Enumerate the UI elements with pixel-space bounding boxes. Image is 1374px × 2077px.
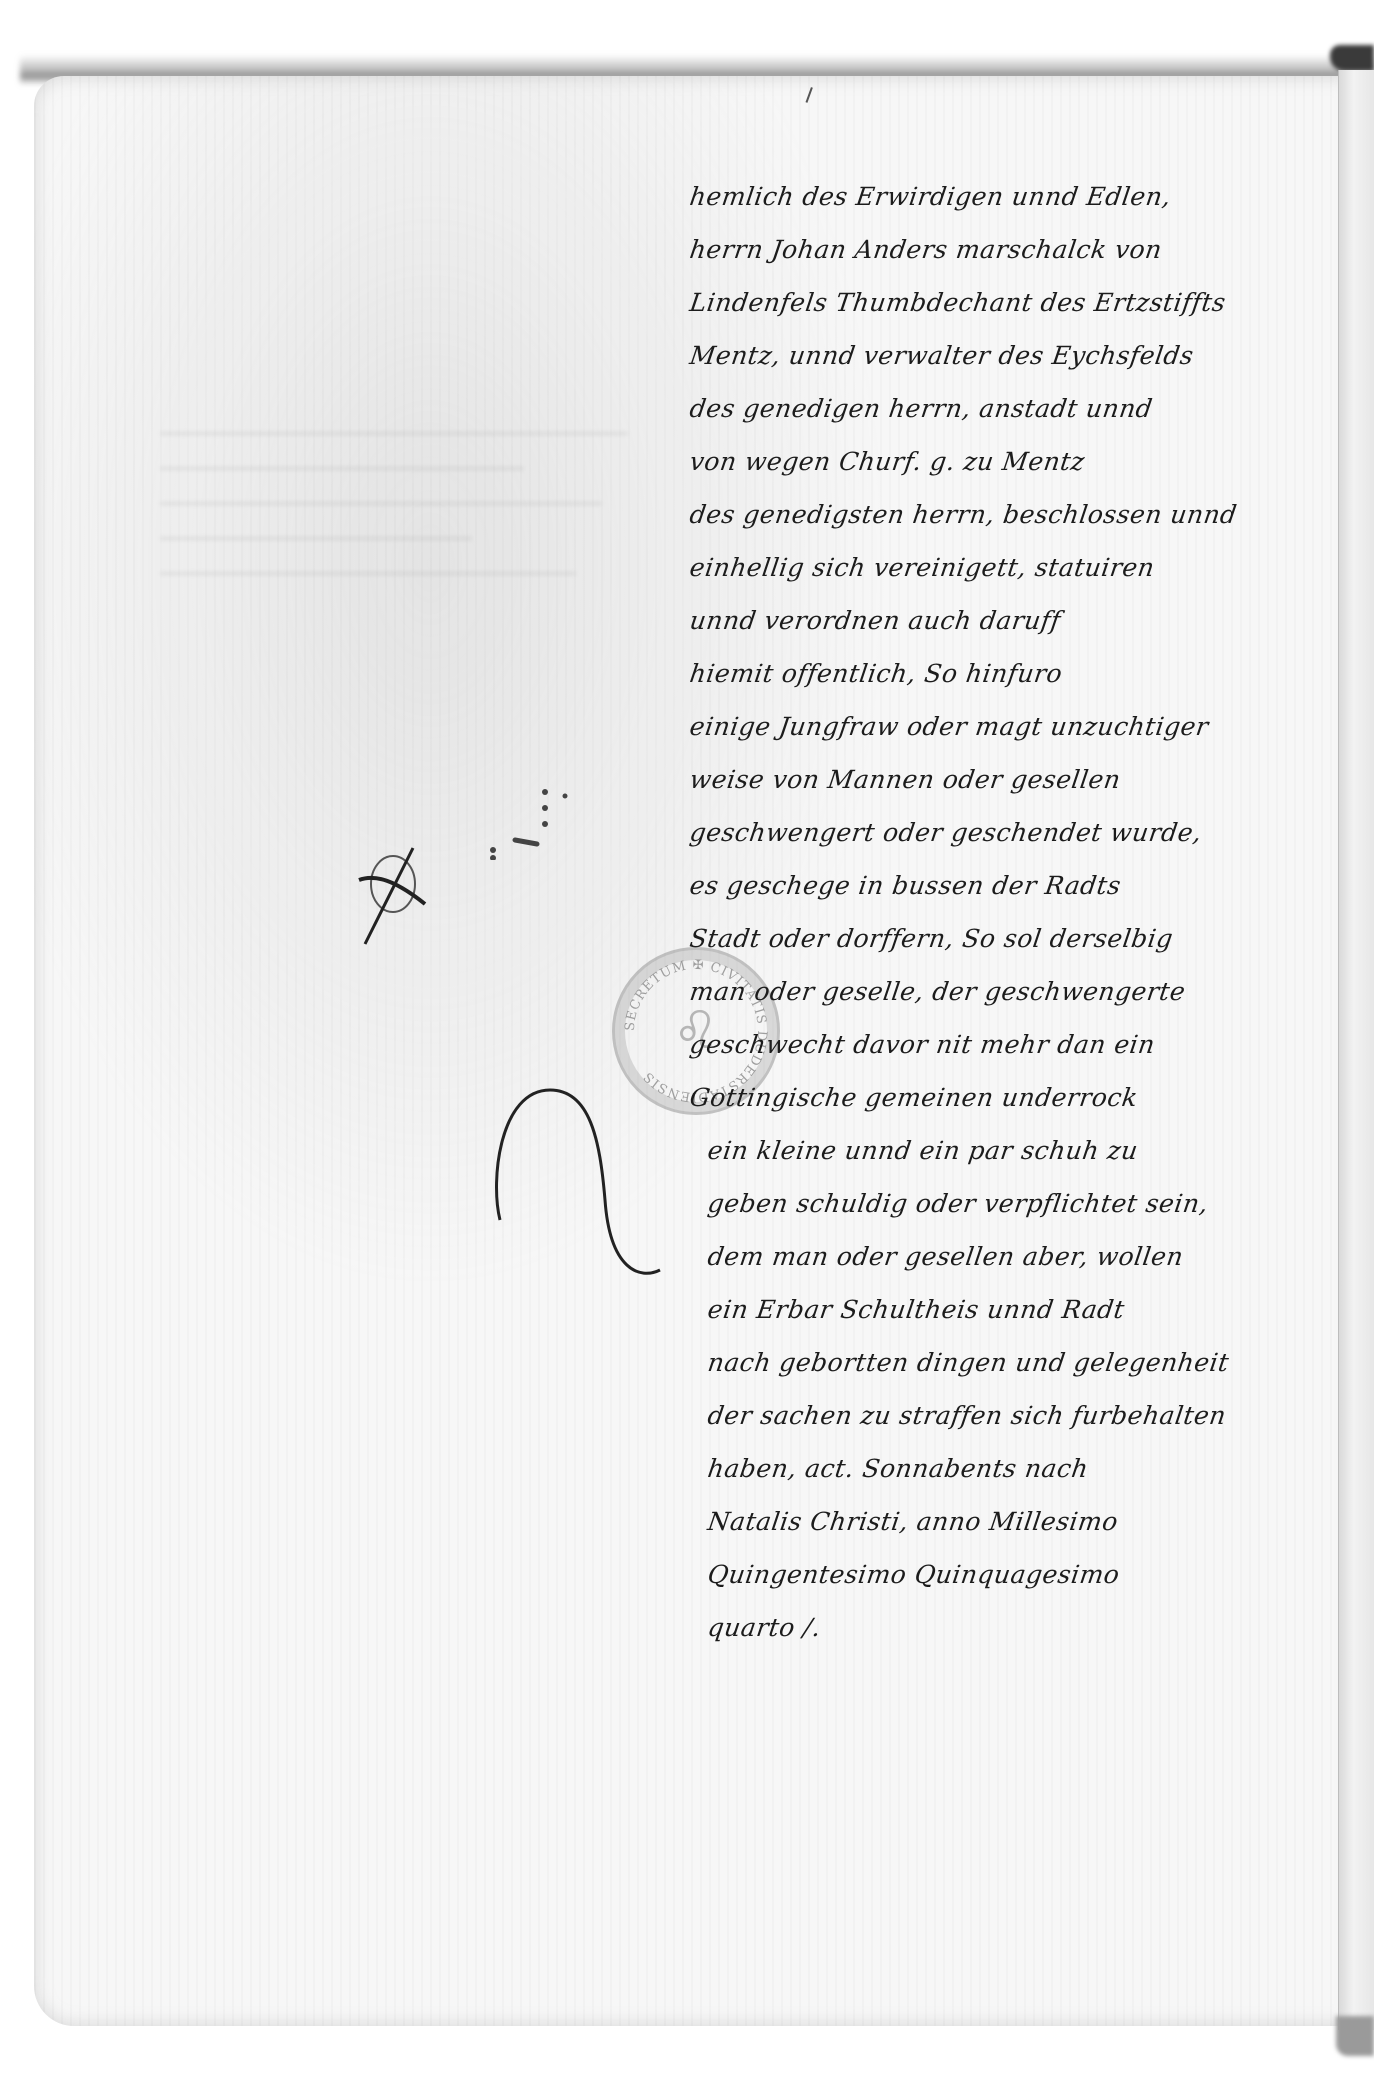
- manuscript-scan: SECRETUM ✠ CIVITATIS DUDERSTADIENSIS ♌ h…: [0, 0, 1374, 2077]
- binding-corner-shadow: [1330, 45, 1374, 71]
- text-line: Natalis Christi, anno Millesimo: [686, 1495, 1353, 1548]
- text-line: des genedigen herrn, anstadt unnd: [686, 382, 1353, 435]
- margin-dots-mark: [465, 780, 585, 860]
- text-line: geschwecht davor nit mehr dan ein: [686, 1018, 1353, 1071]
- bottom-corner-shadow: [1336, 2016, 1374, 2056]
- text-line: geschwengert oder geschendet wurde,: [686, 806, 1353, 859]
- bleed-through-text: [160, 400, 680, 740]
- text-line: Gottingische gemeinen underrock: [686, 1071, 1353, 1124]
- manuscript-text-block: hemlich des Erwirdigen unnd Edlen, herrn…: [690, 170, 1350, 1654]
- text-line: ein Erbar Schultheis unnd Radt: [686, 1283, 1353, 1336]
- text-line: geben schuldig oder verpflichtet sein,: [686, 1177, 1353, 1230]
- text-line: ein kleine unnd ein par schuh zu: [686, 1124, 1353, 1177]
- text-line: einige Jungfraw oder magt unzuchtiger: [686, 700, 1353, 753]
- text-line: von wegen Churf. g. zu Mentz: [686, 435, 1353, 488]
- text-line: hiemit offentlich, So hinfuro: [686, 647, 1353, 700]
- text-line: quarto /.: [686, 1601, 1353, 1654]
- text-line: weise von Mannen oder gesellen: [686, 753, 1353, 806]
- text-line: einhellig sich vereinigett, statuiren: [686, 541, 1353, 594]
- text-line: Quingentesimo Quinquagesimo: [686, 1548, 1353, 1601]
- text-line: dem man oder gesellen aber, wollen: [686, 1230, 1353, 1283]
- text-line: man oder geselle, der geschwengerte: [686, 965, 1353, 1018]
- text-line: Stadt oder dorffern, So sol derselbig: [686, 912, 1353, 965]
- text-line: des genedigsten herrn, beschlossen unnd: [686, 488, 1353, 541]
- text-line: Mentz, unnd verwalter des Eychsfelds: [686, 329, 1353, 382]
- text-line: hemlich des Erwirdigen unnd Edlen,: [686, 170, 1353, 223]
- text-line: der sachen zu straffen sich furbehalten: [686, 1389, 1353, 1442]
- text-line: haben, act. Sonnabents nach: [686, 1442, 1353, 1495]
- text-line: nach gebortten dingen und gelegenheit: [686, 1336, 1353, 1389]
- text-line: herrn Johan Anders marschalck von: [686, 223, 1353, 276]
- text-line: es geschege in bussen der Radts: [686, 859, 1353, 912]
- text-line: Lindenfels Thumbdechant des Ertzstiffts: [686, 276, 1353, 329]
- crossed-circle-mark-icon: [355, 840, 435, 950]
- text-line: unnd verordnen auch daruff: [686, 594, 1353, 647]
